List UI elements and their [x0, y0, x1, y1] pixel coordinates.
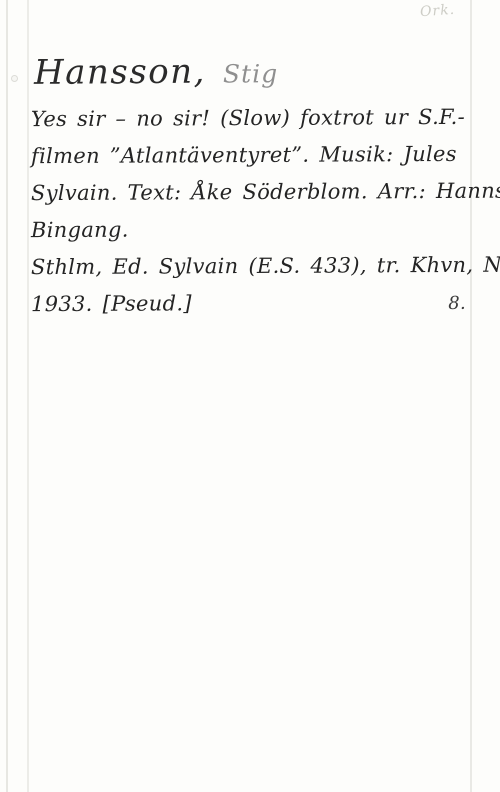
entry-body: Yes sir – no sir! (Slow) foxtrot ur S.F.…: [31, 100, 472, 323]
left-inner-margin-rule: [27, 0, 29, 792]
entry-line-year: 1933. [Pseud.]: [31, 285, 192, 323]
page-number: 8.: [448, 285, 466, 322]
entry-surname: Hansson,: [34, 52, 206, 93]
entry-line-arranger: Bingang.: [31, 210, 472, 249]
entry-line-film: filmen ”Atlantäventyret”. Musik: Jules: [31, 136, 472, 175]
entry-given-name: Stig: [223, 59, 278, 88]
entry-line-title: Yes sir – no sir! (Slow) foxtrot ur S.F.…: [31, 99, 472, 138]
catalog-card: Ork. Hansson, Stig Yes sir – no sir! (Sl…: [0, 0, 500, 792]
entry-line-year-row: 1933. [Pseud.] 8.: [31, 284, 472, 324]
left-outer-margin-rule: [6, 0, 8, 792]
entry-line-publisher: Sthlm, Ed. Sylvain (E.S. 433), tr. Khvn,…: [31, 247, 472, 286]
margin-dot-mark: [11, 75, 18, 82]
entry-heading: Hansson, Stig: [34, 51, 278, 93]
entry-line-credits: Sylvain. Text: Åke Söderblom. Arr.: Hann…: [31, 173, 472, 212]
pencil-annotation: Ork.: [419, 2, 455, 20]
